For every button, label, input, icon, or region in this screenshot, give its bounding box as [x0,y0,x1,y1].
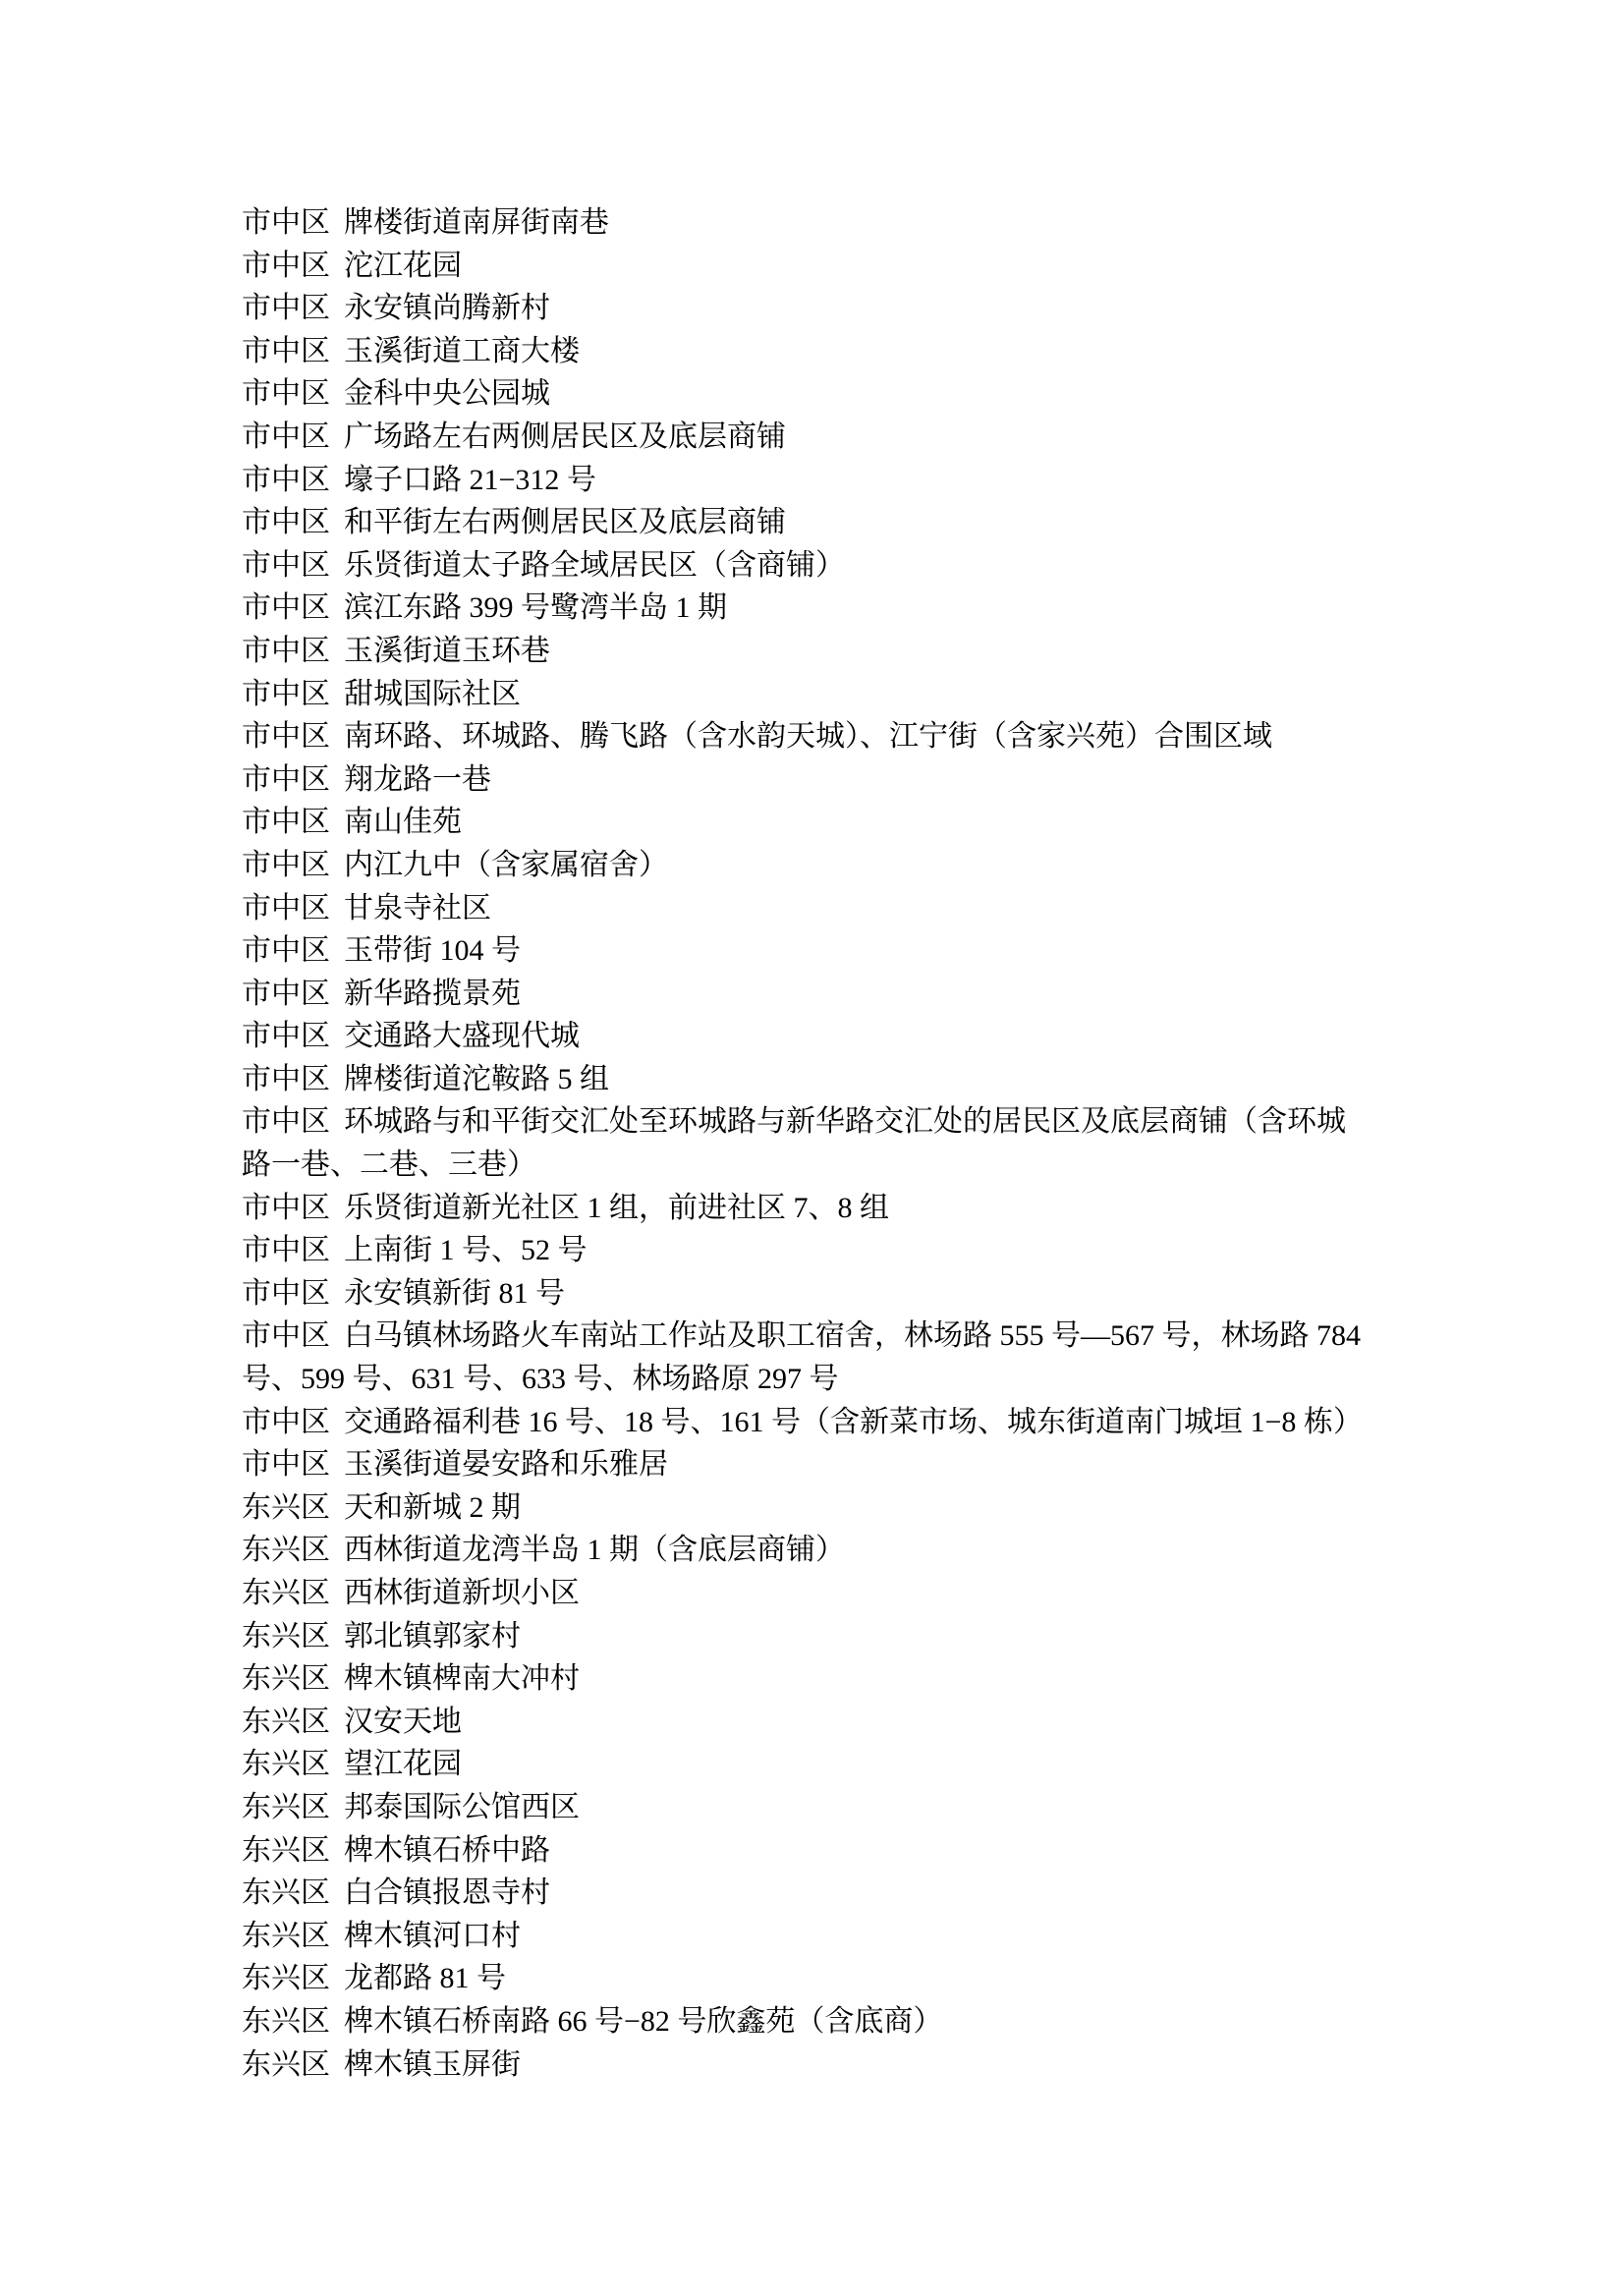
district-label: 市中区 [242,464,330,496]
district-label: 市中区 [242,720,330,753]
location-text: 甜城国际社区 [344,678,521,710]
list-item: 市中区玉溪街道玉环巷 [242,630,1470,673]
district-label: 东兴区 [242,1491,330,1524]
location-text: 沱江花园 [344,250,462,282]
location-text: 椑木镇石桥中路 [344,1834,550,1867]
location-text: 椑木镇河口村 [344,1920,521,1952]
district-label: 东兴区 [242,1920,330,1952]
district-label: 市中区 [242,892,330,924]
location-text: 白马镇林场路火车南站工作站及职工宿舍，林场路 555 号—567 号，林场路 7… [242,1319,1361,1395]
location-text: 牌楼街道南屏街南巷 [344,206,609,239]
location-text: 壕子口路 21−312 号 [344,464,596,496]
location-text: 甘泉寺社区 [344,892,491,924]
district-label: 市中区 [242,849,330,881]
district-label: 市中区 [242,978,330,1010]
list-item: 东兴区邦泰国际公馆西区 [242,1786,1470,1829]
list-item: 市中区壕子口路 21−312 号 [242,459,1470,502]
location-text: 乐贤街道太子路全域居民区（含商铺） [344,549,845,582]
location-text: 交通路福利巷 16 号、18 号、161 号（含新菜市场、城东街道南门城垣 1−… [344,1406,1363,1438]
list-item: 市中区玉带街 104 号 [242,929,1470,973]
district-label: 市中区 [242,549,330,582]
list-item: 东兴区望江花园 [242,1743,1470,1786]
list-item: 市中区南环路、环城路、腾飞路（含水韵天城）、江宁街（含家兴苑）合围区域 [242,715,1470,758]
location-text: 和平街左右两侧居民区及底层商铺 [344,506,786,538]
list-item: 市中区永安镇新街 81 号 [242,1272,1470,1315]
district-label: 东兴区 [242,1791,330,1823]
location-text: 南山佳苑 [344,806,462,838]
list-item: 东兴区郭北镇郭家村 [242,1615,1470,1658]
location-text: 牌楼街道沱鞍路 5 组 [344,1063,609,1095]
location-text: 乐贤街道新光社区 1 组，前进社区 7、8 组 [344,1192,889,1224]
list-item: 东兴区汉安天地 [242,1701,1470,1744]
district-label: 市中区 [242,934,330,967]
district-label: 市中区 [242,591,330,624]
district-label: 东兴区 [242,1662,330,1695]
location-text: 环城路与和平街交汇处至环城路与新华路交汇处的居民区及底层商铺（含环城 路一巷、二… [242,1105,1346,1181]
list-item: 东兴区椑木镇玉屏街 [242,2043,1470,2087]
list-item: 东兴区白合镇报恩寺村 [242,1872,1470,1915]
district-label: 东兴区 [242,1534,330,1566]
district-label: 东兴区 [242,1706,330,1738]
list-item: 东兴区天和新城 2 期 [242,1486,1470,1530]
list-item: 市中区广场路左右两侧居民区及底层商铺 [242,416,1470,459]
district-label: 市中区 [242,1063,330,1095]
list-item: 市中区甜城国际社区 [242,673,1470,716]
list-item: 市中区交通路大盛现代城 [242,1015,1470,1058]
document-page: 市中区牌楼街道南屏街南巷 市中区沱江花园 市中区永安镇尚腾新村 市中区玉溪街道工… [0,0,1624,2295]
district-label: 市中区 [242,635,330,667]
location-text: 交通路大盛现代城 [344,1020,580,1052]
location-text: 西林街道新坝小区 [344,1577,580,1609]
list-item: 市中区滨江东路 399 号鹭湾半岛 1 期 [242,587,1470,630]
list-item: 东兴区西林街道新坝小区 [242,1572,1470,1615]
location-text: 龙都路 81 号 [344,1962,506,1994]
district-label: 东兴区 [242,1876,330,1909]
district-label: 东兴区 [242,1577,330,1609]
location-text: 玉溪街道工商大楼 [344,335,580,367]
list-item: 市中区乐贤街道新光社区 1 组，前进社区 7、8 组 [242,1187,1470,1230]
location-text: 白合镇报恩寺村 [344,1876,550,1909]
list-item: 东兴区椑木镇河口村 [242,1915,1470,1958]
location-text: 郭北镇郭家村 [344,1620,521,1652]
district-label: 市中区 [242,1105,330,1138]
list-item: 市中区环城路与和平街交汇处至环城路与新华路交汇处的居民区及底层商铺（含环城 路一… [242,1100,1470,1186]
list-item: 市中区交通路福利巷 16 号、18 号、161 号（含新菜市场、城东街道南门城垣… [242,1401,1470,1444]
district-label: 市中区 [242,292,330,324]
location-text: 汉安天地 [344,1706,462,1738]
district-label: 市中区 [242,250,330,282]
district-label: 东兴区 [242,2048,330,2081]
district-label: 市中区 [242,377,330,410]
district-label: 市中区 [242,1192,330,1224]
list-item: 市中区玉溪街道晏安路和乐雅居 [242,1443,1470,1486]
location-text: 天和新城 2 期 [344,1491,521,1524]
location-text: 永安镇新街 81 号 [344,1277,565,1310]
location-text: 西林街道龙湾半岛 1 期（含底层商铺） [344,1534,845,1566]
district-label: 东兴区 [242,1962,330,1994]
district-label: 市中区 [242,1020,330,1052]
location-text: 永安镇尚腾新村 [344,292,550,324]
district-label: 东兴区 [242,1748,330,1780]
district-label: 市中区 [242,678,330,710]
list-item: 市中区南山佳苑 [242,801,1470,844]
list-item: 市中区牌楼街道南屏街南巷 [242,201,1470,245]
location-text: 滨江东路 399 号鹭湾半岛 1 期 [344,591,727,624]
list-item: 市中区玉溪街道工商大楼 [242,330,1470,373]
district-label: 市中区 [242,1277,330,1310]
location-text: 玉溪街道晏安路和乐雅居 [344,1448,668,1481]
location-text: 椑木镇玉屏街 [344,2048,521,2081]
district-label: 东兴区 [242,1834,330,1867]
district-label: 东兴区 [242,1620,330,1652]
location-text: 新华路揽景苑 [344,978,521,1010]
list-item: 市中区永安镇尚腾新村 [242,287,1470,330]
list-item: 东兴区椑木镇石桥南路 66 号−82 号欣鑫苑（含底商） [242,2000,1470,2043]
location-text: 翔龙路一巷 [344,763,491,796]
location-text: 上南街 1 号、52 号 [344,1234,588,1266]
district-label: 市中区 [242,335,330,367]
location-text: 邦泰国际公馆西区 [344,1791,580,1823]
list-item: 市中区甘泉寺社区 [242,887,1470,930]
location-text: 椑木镇椑南大冲村 [344,1662,580,1695]
location-text: 椑木镇石桥南路 66 号−82 号欣鑫苑（含底商） [344,2005,942,2038]
district-label: 市中区 [242,763,330,796]
list-item: 市中区白马镇林场路火车南站工作站及职工宿舍，林场路 555 号—567 号，林场… [242,1315,1470,1400]
district-list: 市中区牌楼街道南屏街南巷 市中区沱江花园 市中区永安镇尚腾新村 市中区玉溪街道工… [242,201,1470,2086]
district-label: 市中区 [242,506,330,538]
district-label: 市中区 [242,806,330,838]
list-item: 市中区新华路揽景苑 [242,973,1470,1016]
list-item: 市中区沱江花园 [242,245,1470,288]
district-label: 市中区 [242,206,330,239]
list-item: 市中区翔龙路一巷 [242,758,1470,802]
district-label: 市中区 [242,420,330,453]
list-item: 东兴区椑木镇椑南大冲村 [242,1657,1470,1701]
location-text: 南环路、环城路、腾飞路（含水韵天城）、江宁街（含家兴苑）合围区域 [344,720,1272,753]
list-item: 市中区乐贤街道太子路全域居民区（含商铺） [242,544,1470,588]
list-item: 市中区上南街 1 号、52 号 [242,1229,1470,1272]
list-item: 市中区金科中央公园城 [242,372,1470,416]
location-text: 广场路左右两侧居民区及底层商铺 [344,420,786,453]
district-label: 市中区 [242,1234,330,1266]
district-label: 市中区 [242,1406,330,1438]
district-label: 市中区 [242,1319,330,1352]
location-text: 望江花园 [344,1748,462,1780]
list-item: 市中区牌楼街道沱鞍路 5 组 [242,1058,1470,1101]
location-text: 内江九中（含家属宿舍） [344,849,668,881]
list-item: 市中区和平街左右两侧居民区及底层商铺 [242,501,1470,544]
list-item: 东兴区西林街道龙湾半岛 1 期（含底层商铺） [242,1529,1470,1572]
location-text: 玉带街 104 号 [344,934,521,967]
list-item: 东兴区龙都路 81 号 [242,1957,1470,2000]
location-text: 玉溪街道玉环巷 [344,635,550,667]
list-item: 市中区内江九中（含家属宿舍） [242,844,1470,887]
district-label: 东兴区 [242,2005,330,2038]
district-label: 市中区 [242,1448,330,1481]
list-item: 东兴区椑木镇石桥中路 [242,1829,1470,1873]
location-text: 金科中央公园城 [344,377,550,410]
